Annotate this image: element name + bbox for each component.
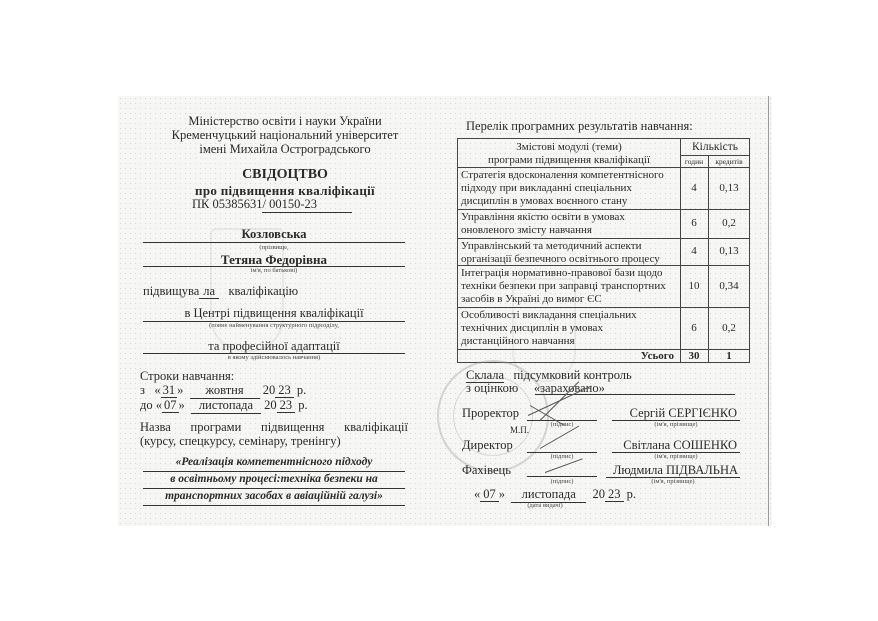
director-name-caption: (ім'я, прізвище) (612, 453, 740, 460)
raised-qualification: підвищувала кваліфікацію (143, 284, 298, 299)
person-surname: Козловська (140, 227, 408, 242)
grade-prefix: з оцінкою (466, 381, 518, 395)
module-credits: 0,34 (708, 280, 750, 293)
module-text: Стратегія вдосконалення компетентнісного (461, 169, 664, 182)
director-name: Світлана СОШЕНКО (612, 438, 737, 453)
raised-word: кваліфікацію (228, 284, 298, 298)
program-title-3: транспортних засобах в авіаційній галузі… (140, 490, 408, 502)
module-text: Управлінський та методичний аспекти (461, 240, 641, 253)
results-heading: Перелік програмних результатів навчання: (466, 119, 693, 134)
total-hours: 30 (680, 350, 708, 363)
col-module-header-2: програми підвищення кваліфікації (458, 154, 680, 167)
module-text: організації безпечного освітнього процес… (461, 253, 660, 266)
total-credits: 1 (708, 350, 750, 363)
module-hours: 4 (680, 182, 708, 195)
col-hours-header: годин (680, 156, 708, 167)
specialist-sign-line (527, 476, 597, 477)
module-text: техніки безпеки при заправці транспортни… (461, 280, 666, 293)
doc-title: СВІДОЦТВО (140, 167, 430, 183)
specialist-label: Фахівець (462, 463, 511, 478)
module-text: технічних дисциплін в умовах (461, 322, 603, 335)
doc-number-underline (262, 212, 352, 213)
results-table: Змістові модулі (теми) програми підвищен… (457, 138, 750, 363)
specialist-sign-caption: (підпис) (527, 478, 597, 485)
paper-edge (768, 96, 769, 526)
module-credits: 0,2 (708, 322, 750, 335)
issue-year-suffix: р. (627, 487, 636, 501)
col-module-header-1: Змістові модулі (теми) (458, 141, 680, 154)
module-text: Інтеграція нормативно-правової бази щодо (461, 267, 663, 280)
from-year: 23 (275, 383, 294, 398)
module-text: оновленого змісту навчання (461, 224, 592, 237)
from-day: 31 (161, 383, 178, 398)
surname-underline (143, 242, 405, 243)
director-sign-caption: (підпис) (527, 453, 597, 460)
module-hours: 4 (680, 245, 708, 258)
program-title-1: «Реалізація компетентнісного підходу (140, 456, 408, 468)
terms-to: до «07» листопада 2023 р. (140, 398, 308, 414)
issue-date: «07» листопада 2023 р. (474, 487, 636, 503)
module-text: дисциплін в умовах воєнного стану (461, 195, 627, 208)
program-label-2: (курсу, спецкурсу, семінару, тренінгу) (140, 434, 341, 449)
program-underline-1 (143, 471, 405, 472)
issue-day: 07 (480, 487, 499, 502)
col-credits-header: кредитів (708, 156, 750, 167)
grade-value: «зараховано» (534, 381, 605, 395)
to-day: 07 (162, 398, 179, 413)
module-hours: 6 (680, 322, 708, 335)
from-month: жовтня (190, 383, 260, 399)
raised-suffix: ла (199, 284, 219, 299)
program-label-1: Назва програми підвищення кваліфікації (140, 420, 408, 435)
year-suffix: р. (298, 398, 307, 412)
vice-rector-label: Проректор (462, 406, 519, 421)
from-prefix: з (140, 383, 145, 397)
issue-date-caption: (дата видачі) (505, 502, 585, 509)
module-text: Управління якістю освіти в умовах (461, 211, 625, 224)
issue-month: листопада (511, 487, 586, 503)
module-text: дистанційного навчання (461, 335, 575, 348)
module-text: Особливості викладання спеціальних (461, 309, 637, 322)
terms-label: Строки навчання: (140, 369, 234, 384)
col-amount-header: Кількість (680, 141, 750, 154)
unit-caption-1: (повне найменування структурного підрозд… (140, 322, 408, 329)
raised-prefix: підвищува (143, 284, 199, 298)
director-label: Директор (462, 438, 513, 453)
module-credits: 0,2 (708, 217, 750, 230)
from-year-prefix: 20 (263, 383, 276, 397)
program-underline-3 (143, 505, 405, 506)
specialist-name-caption: (ім'я, прізвище) (606, 478, 740, 485)
university-name: Кременчуцький національний університет (140, 128, 430, 143)
program-underline-2 (143, 488, 405, 489)
to-year-prefix: 20 (264, 398, 277, 412)
issue-year-prefix: 20 (593, 487, 606, 501)
seal-label: М.П. (510, 425, 529, 435)
issue-year: 23 (605, 487, 624, 502)
vice-rector-name: Сергій СЕРГІЄНКО (612, 406, 737, 421)
specialist-name: Людмила ПІДВАЛЬНА (606, 463, 738, 478)
module-hours: 6 (680, 217, 708, 230)
unit-caption-2: в якому здійснювалось навчання) (140, 354, 408, 361)
module-credits: 0,13 (708, 182, 750, 195)
module-hours: 10 (680, 280, 708, 293)
module-credits: 0,13 (708, 245, 750, 258)
university-name-2: імені Михайла Остроградського (140, 142, 430, 157)
control-rest: підсумковий контроль (513, 368, 631, 382)
to-prefix: до (140, 398, 153, 412)
vice-rector-name-caption: (ім'я, прізвище) (612, 421, 740, 428)
terms-from: з «31» жовтня 2023 р. (140, 383, 306, 399)
unit-line1: в Центрі підвищення кваліфікації (140, 306, 408, 321)
ministry-name: Міністерство освіти і науки України (140, 114, 430, 129)
module-text: підходу при викладанні спеціальних (461, 182, 632, 195)
unit-line2: та професійної адаптації (140, 339, 408, 354)
surname-caption: (прізвище, (140, 244, 408, 251)
name-caption: ім'я, по батькові) (140, 267, 408, 274)
module-text: засобів в Україні до вимог ЄС (461, 293, 602, 306)
to-month: листопада (191, 398, 261, 414)
to-year: 23 (277, 398, 296, 413)
year-suffix: р. (297, 383, 306, 397)
program-title-2: в освітньому процесі:техніка безпеки на (140, 473, 408, 485)
doc-number: ПК 05385631/ 00150-23 (192, 197, 317, 212)
